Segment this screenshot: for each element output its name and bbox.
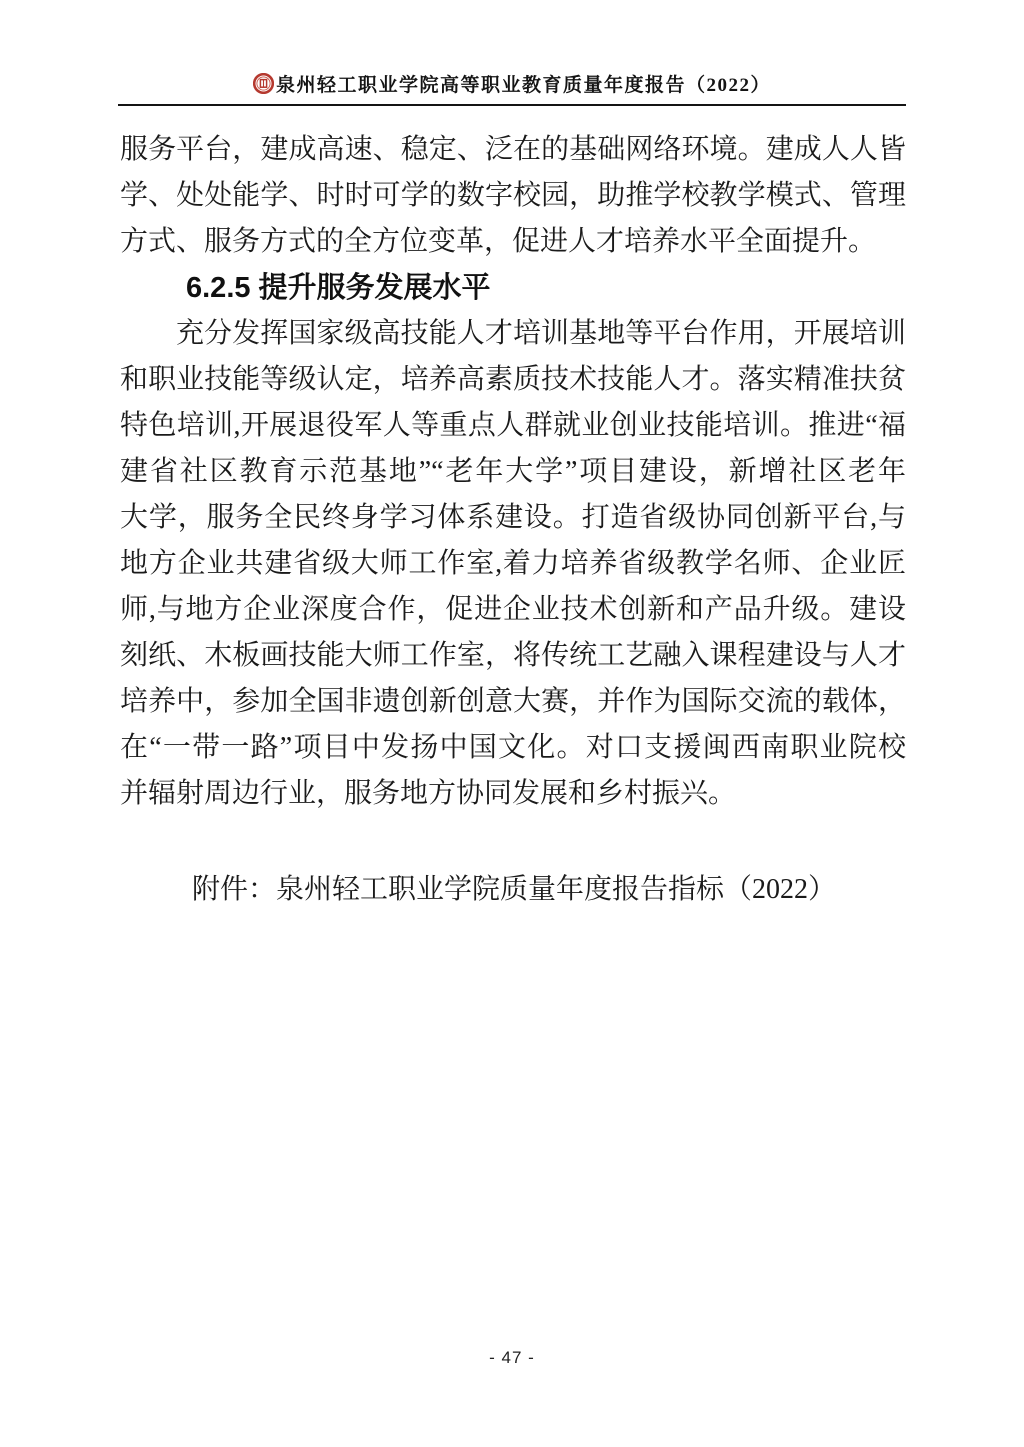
body-line: 和职业技能等级认定，培养高素质技术技能人才。落实精准扶贫 xyxy=(120,357,906,403)
body-line: 在“一带一路”项目中发扬中国文化。对口支援闽西南职业院校 xyxy=(120,725,906,771)
page-number: - 47 - xyxy=(489,1348,535,1367)
body-line: 并辐射周边行业，服务地方协同发展和乡村振兴。 xyxy=(120,771,906,817)
body-line: 学、处处能学、时时可学的数字校园，助推学校教学模式、管理 xyxy=(120,173,906,219)
body-line: 建省社区教育示范基地”“老年大学”项目建设，新增社区老年 xyxy=(120,449,906,495)
college-seal-icon xyxy=(253,73,274,94)
body-line: 地方企业共建省级大师工作室,着力培养省级教学名师、企业匠 xyxy=(120,541,906,587)
body-line: 方式、服务方式的全方位变革，促进人才培养水平全面提升。 xyxy=(120,219,906,265)
header-title: 泉州轻工职业学院高等职业教育质量年度报告（2022） xyxy=(276,70,771,97)
page-header: 泉州轻工职业学院高等职业教育质量年度报告（2022） xyxy=(0,66,1024,100)
body-line: 刻纸、木板画技能大师工作室，将传统工艺融入课程建设与人才 xyxy=(120,633,906,679)
body-line: 大学，服务全民终身学习体系建设。打造省级协同创新平台,与 xyxy=(120,495,906,541)
attachment-note: 附件：泉州轻工职业学院质量年度报告指标（2022） xyxy=(120,867,906,913)
body-line: 服务平台，建成高速、稳定、泛在的基础网络环境。建成人人皆 xyxy=(120,127,906,173)
section-heading: 6.2.5 提升服务发展水平 xyxy=(120,265,906,311)
body-line: 特色培训,开展退役军人等重点人群就业创业技能培训。推进“福 xyxy=(120,403,906,449)
body-line: 师,与地方企业深度合作，促进企业技术创新和产品升级。建设 xyxy=(120,587,906,633)
paragraph-continuation: 服务平台，建成高速、稳定、泛在的基础网络环境。建成人人皆 学、处处能学、时时可学… xyxy=(120,127,906,265)
body-line: 充分发挥国家级高技能人才培训基地等平台作用，开展培训 xyxy=(120,311,906,357)
header-divider xyxy=(118,104,906,106)
paragraph-service-development: 充分发挥国家级高技能人才培训基地等平台作用，开展培训 和职业技能等级认定，培养高… xyxy=(120,311,906,817)
page-footer: - 47 - xyxy=(0,1348,1024,1368)
page-body: 服务平台，建成高速、稳定、泛在的基础网络环境。建成人人皆 学、处处能学、时时可学… xyxy=(120,127,906,913)
body-line: 培养中，参加全国非遗创新创意大赛，并作为国际交流的载体， xyxy=(120,679,906,725)
